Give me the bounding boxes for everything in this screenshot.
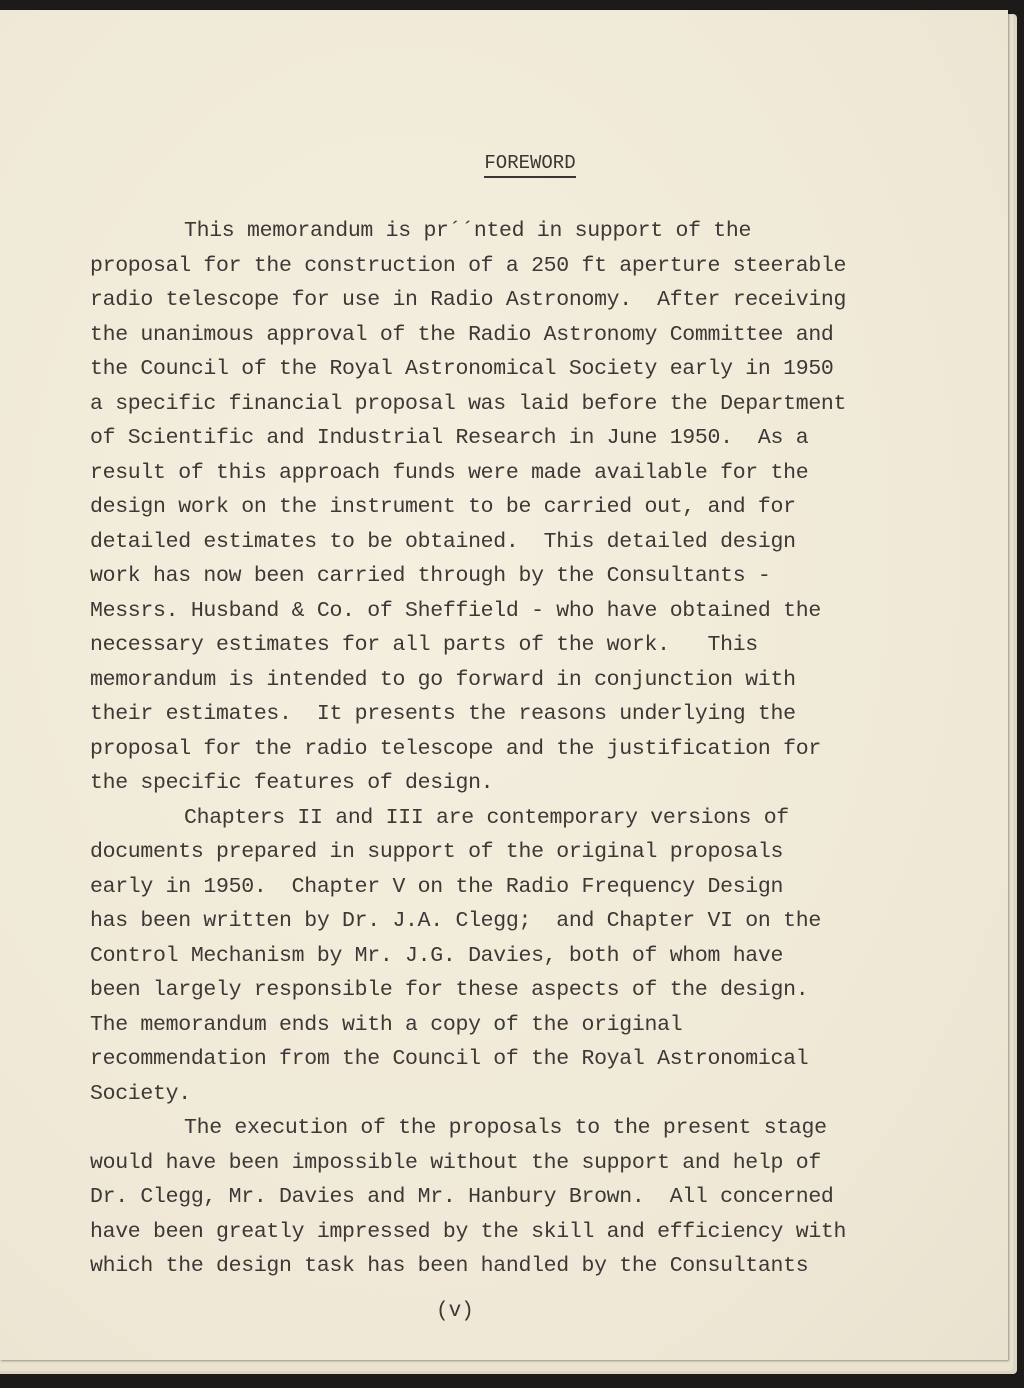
text-line: result of this approach funds were made … xyxy=(90,456,950,491)
text-line: The memorandum ends with a copy of the o… xyxy=(90,1008,950,1043)
text-line: of Scientific and Industrial Research in… xyxy=(90,421,950,456)
text-line: have been greatly impressed by the skill… xyxy=(90,1215,950,1250)
text-line: early in 1950. Chapter V on the Radio Fr… xyxy=(90,870,950,905)
text-line: would have been impossible without the s… xyxy=(90,1146,950,1181)
text-line: Control Mechanism by Mr. J.G. Davies, bo… xyxy=(90,939,950,974)
paragraph: This memorandum is pr´´nted in support o… xyxy=(90,214,950,801)
text-line: proposal for the construction of a 250 f… xyxy=(90,249,950,284)
text-line: Dr. Clegg, Mr. Davies and Mr. Hanbury Br… xyxy=(90,1180,950,1215)
text-line: has been written by Dr. J.A. Clegg; and … xyxy=(90,904,950,939)
text-line: memorandum is intended to go forward in … xyxy=(90,663,950,698)
page-number: (v) xyxy=(436,1300,474,1323)
text-line: the Council of the Royal Astronomical So… xyxy=(90,352,950,387)
text-line: radio telescope for use in Radio Astrono… xyxy=(90,283,950,318)
paragraph: The execution of the proposals to the pr… xyxy=(90,1111,950,1284)
text-line: recommendation from the Council of the R… xyxy=(90,1042,950,1077)
text-line: the specific features of design. xyxy=(90,766,950,801)
text-line: their estimates. It presents the reasons… xyxy=(90,697,950,732)
foreword-body: This memorandum is pr´´nted in support o… xyxy=(90,214,950,1284)
text-line: necessary estimates for all parts of the… xyxy=(90,628,950,663)
text-line: work has now been carried through by the… xyxy=(90,559,950,594)
text-line: design work on the instrument to be carr… xyxy=(90,490,950,525)
text-line: Society. xyxy=(90,1077,950,1112)
page-heading: FOREWORD xyxy=(0,152,1024,174)
text-line: been largely responsible for these aspec… xyxy=(90,973,950,1008)
text-line: a specific financial proposal was laid b… xyxy=(90,387,950,422)
text-line: The execution of the proposals to the pr… xyxy=(90,1111,950,1146)
text-line: detailed estimates to be obtained. This … xyxy=(90,525,950,560)
text-line: proposal for the radio telescope and the… xyxy=(90,732,950,767)
text-line: the unanimous approval of the Radio Astr… xyxy=(90,318,950,353)
paragraph: Chapters II and III are contemporary ver… xyxy=(90,801,950,1112)
document-page: FOREWORD This memorandum is pr´´nted in … xyxy=(0,10,1008,1360)
text-line: documents prepared in support of the ori… xyxy=(90,835,950,870)
text-line: Chapters II and III are contemporary ver… xyxy=(90,801,950,836)
text-line: Messrs. Husband & Co. of Sheffield - who… xyxy=(90,594,950,629)
text-line: which the design task has been handled b… xyxy=(90,1249,950,1284)
text-line: This memorandum is pr´´nted in support o… xyxy=(90,214,950,249)
heading-text: FOREWORD xyxy=(484,152,575,178)
